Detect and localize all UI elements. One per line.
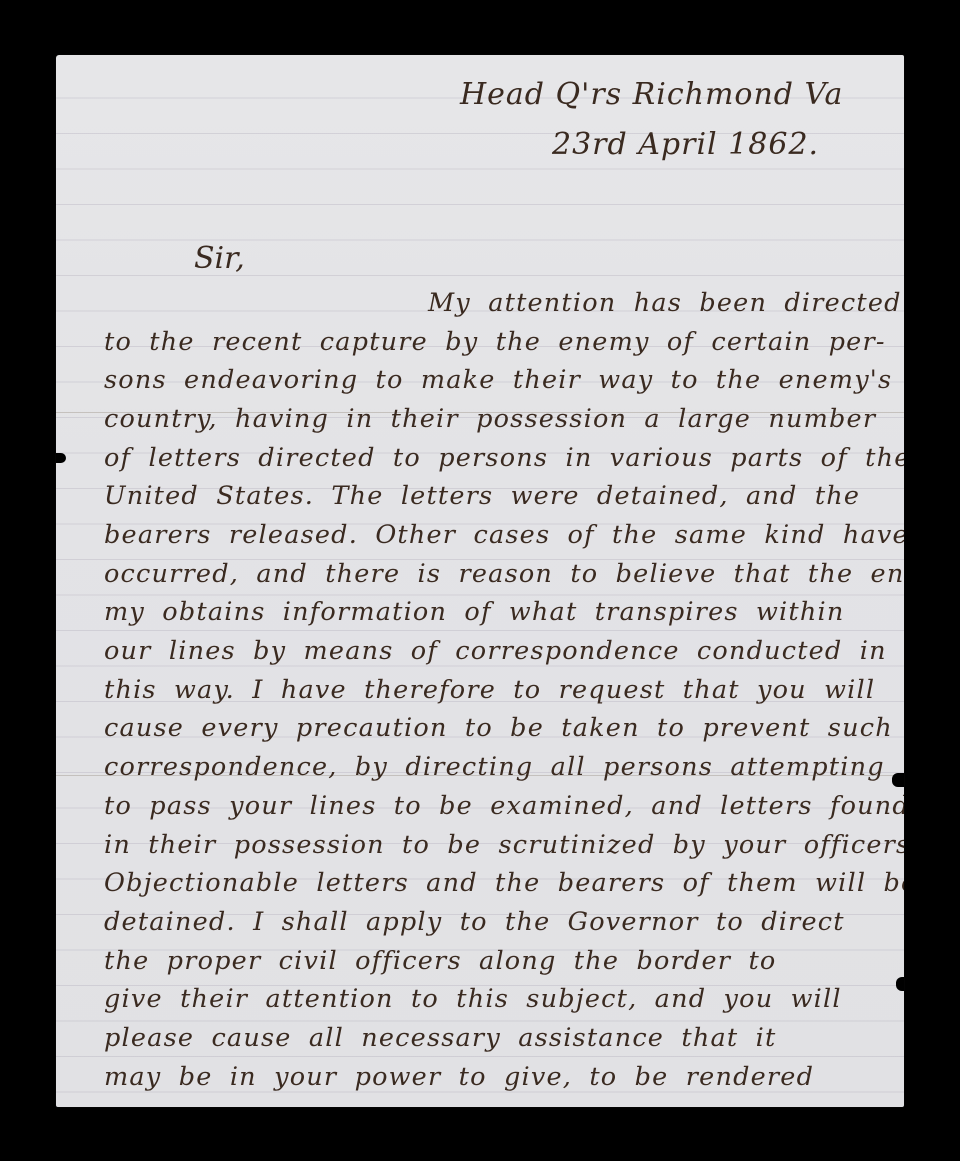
- body-line: my obtains information of what transpire…: [104, 592, 894, 632]
- body-line: United States. The letters were detained…: [104, 476, 894, 516]
- body-line: My attention has been directed: [428, 283, 868, 323]
- letter-date: 23rd April 1862.: [552, 127, 819, 162]
- body-line: cause every precaution to be taken to pr…: [104, 708, 894, 748]
- body-line: please cause all necessary assistance th…: [104, 1018, 894, 1058]
- handwritten-text: Head Q'rs Richmond Va 23rd April 1862. S…: [56, 55, 904, 1107]
- letter-page: Head Q'rs Richmond Va 23rd April 1862. S…: [56, 55, 904, 1107]
- body-line: detained. I shall apply to the Governor …: [104, 902, 894, 942]
- letter-salutation: Sir,: [194, 241, 245, 276]
- body-line: to pass your lines to be examined, and l…: [104, 786, 894, 826]
- body-line: in their possession to be scrutinized by…: [104, 825, 894, 865]
- body-line: our lines by means of correspondence con…: [104, 631, 894, 671]
- body-line: to the recent capture by the enemy of ce…: [104, 322, 894, 362]
- body-line: bearers released. Other cases of the sam…: [104, 515, 894, 555]
- body-line: this way. I have therefore to request th…: [104, 670, 894, 710]
- body-line: correspondence, by directing all persons…: [104, 747, 894, 787]
- body-line: sons endeavoring to make their way to th…: [104, 360, 894, 400]
- body-line: the proper civil officers along the bord…: [104, 941, 894, 981]
- body-line: give their attention to this subject, an…: [104, 979, 894, 1019]
- body-line: may be in your power to give, to be rend…: [104, 1057, 894, 1097]
- body-line: occurred, and there is reason to believe…: [104, 554, 894, 594]
- body-line: country, having in their possession a la…: [104, 399, 894, 439]
- letter-location: Head Q'rs Richmond Va: [460, 77, 843, 112]
- body-line: Objectionable letters and the bearers of…: [104, 863, 894, 903]
- body-line: of letters directed to persons in variou…: [104, 438, 894, 478]
